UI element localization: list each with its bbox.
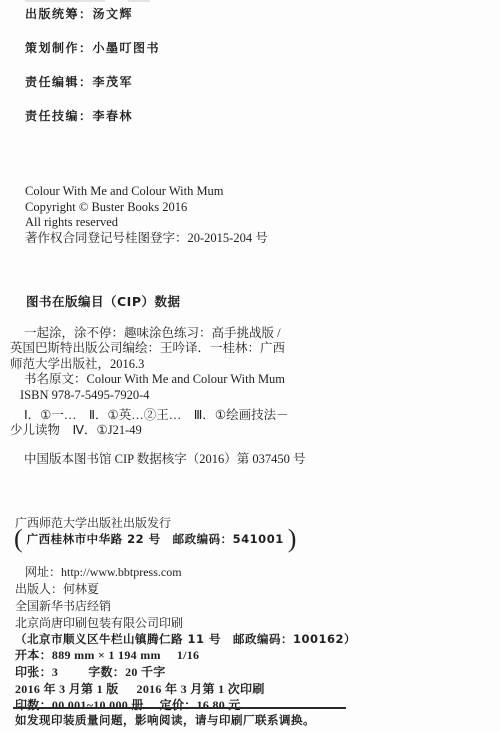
publishing-coordinator-line: 出版统筹：汤文辉 [25, 7, 160, 21]
responsible-editor-line: 责任编辑：李茂军 [25, 75, 160, 89]
cip-registration-line: 中国版本图书馆 CIP 数据核字（2016）第 037450 号 [24, 449, 306, 467]
sheets-words-line: 印张：3字数：20 千字 [15, 663, 166, 680]
publisher-address-text: 广西桂林市中华路 22 号 邮政编码：541001 [27, 531, 284, 547]
isbn-line: ISBN 978-7-5495-7920-4 [20, 388, 285, 403]
printed-sheets-value: 印张：3 [15, 665, 58, 679]
colophon-page: 出版统筹：汤文辉 策划制作：小墨叮图书 责任编辑：李茂军 责任技编：李春林 Co… [0, 0, 500, 732]
cip-header: 图书在版编目（CIP）数据 [26, 292, 181, 310]
cropped-line-remnant [25, 0, 105, 2]
open-paren-glyph: ( [14, 526, 23, 552]
close-paren-glyph: ) [288, 526, 297, 552]
format-value: 开本：889 mm × 1 194 mm [15, 648, 161, 662]
quality-notice-line: 如发现印装质量问题，影响阅读，请与印刷厂联系调换。 [15, 712, 315, 728]
website-line: 网址：http://www.bbtpress.com [25, 563, 182, 580]
technical-editor-line: 责任技编：李春林 [25, 109, 160, 123]
publisher-person-line: 出版人：何林夏 [15, 580, 99, 597]
copyright-block: Colour With Me and Colour With Mum Copyr… [25, 184, 268, 246]
price-value: 定价：16.80 元 [160, 698, 241, 712]
cip-classification-line: 少儿读物 Ⅳ．①J21-49 [10, 423, 289, 438]
original-title-line: Colour With Me and Colour With Mum [25, 184, 268, 200]
format-line: 开本：889 mm × 1 194 mm1/16 [15, 646, 199, 663]
cropped-line-remnant [128, 0, 150, 2]
printrun-value: 印数：00 001~10 000 册 [15, 698, 144, 712]
word-count-value: 字数：20 千字 [88, 665, 165, 679]
printer-line: 北京尚唐印刷包装有限公司印刷 [15, 614, 183, 631]
distribution-line: 全国新华书店经销 [15, 597, 111, 614]
staff-block: 出版统筹：汤文辉 策划制作：小墨叮图书 责任编辑：李茂军 责任技编：李春林 [25, 7, 160, 143]
cip-record-block: 一起涂，涂不停：趣味涂色练习：高手挑战版 / 英国巴斯特出版公司编绘：王吟译．一… [10, 326, 285, 403]
publisher-address-line: ( 广西桂林市中华路 22 号 邮政编码：541001 ) [14, 526, 296, 552]
planning-production-line: 策划制作：小墨叮图书 [25, 41, 160, 55]
edition-value: 2016 年 3 月第 1 版 [15, 682, 119, 696]
printing-value: 2016 年 3 月第 1 次印刷 [137, 682, 265, 696]
cip-classification-block: Ⅰ．①一… Ⅱ．①英…②王… Ⅲ．①绘画技法－ 少儿读物 Ⅳ．①J21-49 [10, 408, 289, 439]
cip-original-title-line: 书名原文：Colour With Me and Colour With Mum [24, 372, 285, 387]
cip-record-line: 一起涂，涂不停：趣味涂色练习：高手挑战版 / [24, 326, 285, 341]
format-fraction: 1/16 [177, 648, 200, 662]
rights-reserved-line: All rights reserved [25, 215, 268, 231]
footer-divider-rule [13, 707, 346, 709]
cip-record-line: 师范大学出版社，2016.3 [10, 357, 285, 372]
printrun-price-line: 印数：00 001~10 000 册定价：16.80 元 [15, 696, 241, 713]
contract-registration-line: 著作权合同登记号桂图登字：20-2015-204 号 [25, 231, 268, 247]
cip-record-line: 英国巴斯特出版公司编绘：王吟译．一桂林：广西 [10, 341, 285, 356]
edition-line: 2016 年 3 月第 1 版2016 年 3 月第 1 次印刷 [15, 680, 265, 697]
cip-classification-line: Ⅰ．①一… Ⅱ．①英…②王… Ⅲ．①绘画技法－ [24, 408, 289, 423]
copyright-line: Copyright © Buster Books 2016 [25, 200, 268, 216]
printer-address-line: （北京市顺义区牛栏山镇腾仁路 11 号 邮政编码：100162） [15, 631, 356, 647]
